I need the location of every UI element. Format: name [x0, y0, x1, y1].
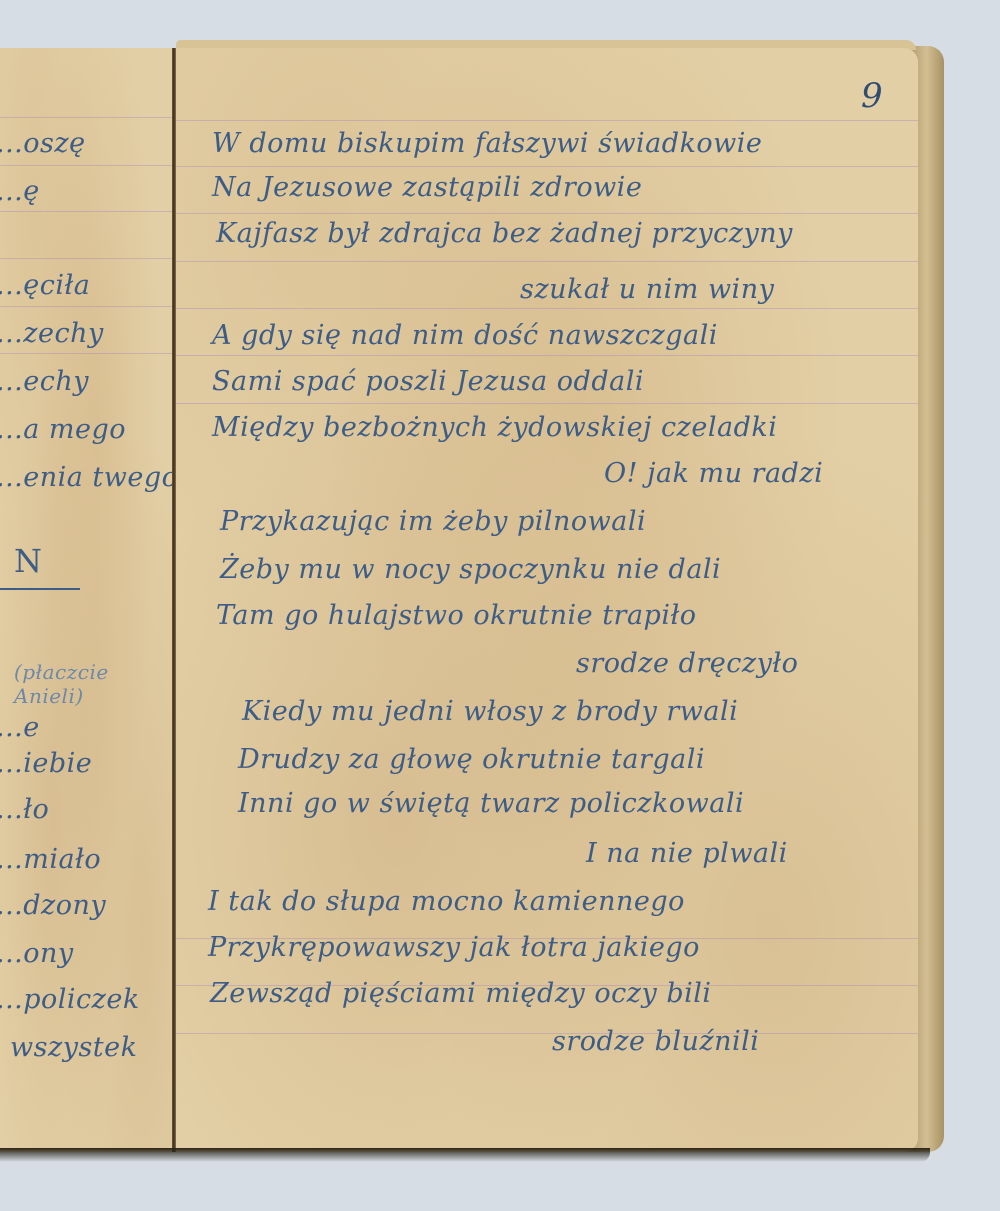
- right-page: 9 W domu biskupim fałszywi świadkowie Na…: [176, 48, 918, 1152]
- ruled-line: [0, 211, 176, 212]
- poem-line: Tam go hulajstwo okrutnie trapiło: [216, 600, 696, 631]
- poem-line: Drudzy za głowę okrutnie targali: [238, 744, 705, 775]
- poem-line: Przykrępowawszy jak łotra jakiego: [208, 932, 700, 963]
- poem-refrain: O! jak mu radzi: [604, 458, 823, 489]
- ruled-line: [0, 306, 176, 307]
- poem-line: Sami spać poszli Jezusa oddali: [212, 366, 644, 397]
- ruled-line: [176, 166, 918, 167]
- ruled-line: [176, 403, 918, 404]
- ruled-line: [176, 1033, 918, 1034]
- left-line: ...ło: [0, 794, 49, 825]
- left-line: ...iebie: [0, 748, 92, 779]
- left-line: ...ony: [0, 938, 74, 969]
- left-line: wszystek: [10, 1032, 138, 1063]
- poem-line: Przykazując im żeby pilnowali: [220, 506, 646, 537]
- left-line: ...enia twego: [0, 462, 176, 493]
- poem-refrain: srodze dręczyło: [576, 648, 798, 679]
- poem-line: Kajfasz był zdrajca bez żadnej przyczyny: [216, 218, 793, 249]
- left-line: ...miało: [0, 844, 101, 875]
- left-line: ...oszę: [0, 128, 86, 159]
- poem-line: Żeby mu w nocy spoczynku nie dali: [220, 554, 721, 585]
- poem-line: I tak do słupa mocno kamiennego: [208, 886, 685, 917]
- left-line: ...a mego: [0, 414, 126, 445]
- ruled-line: [176, 213, 918, 214]
- left-line: ...e: [0, 712, 40, 743]
- poem-line: Na Jezusowe zastąpili zdrowie: [212, 172, 642, 203]
- left-page: ...oszę ...ę ...ęciła ...zechy ...echy .…: [0, 48, 176, 1152]
- notebook-bottom-shadow: [0, 1148, 930, 1162]
- ruled-line: [0, 353, 176, 354]
- ruled-line: [0, 165, 176, 166]
- left-line: ...zechy: [0, 318, 104, 349]
- ruled-line: [176, 308, 918, 309]
- page-number: 9: [861, 76, 883, 116]
- ruled-line: [176, 355, 918, 356]
- left-line: ...dzony: [0, 890, 106, 921]
- left-annotation: (płaczcie Anieli): [14, 660, 124, 708]
- poem-refrain: srodze bluźnili: [552, 1026, 759, 1057]
- poem-line: Inni go w świętą twarz policzkowali: [238, 788, 744, 819]
- left-heading-letter: N: [14, 542, 43, 580]
- poem-refrain: I na nie plwali: [586, 838, 788, 869]
- open-notebook: ...oszę ...ę ...ęciła ...zechy ...echy .…: [0, 44, 945, 1152]
- heading-underline: [0, 588, 80, 590]
- left-line: ...ę: [0, 176, 40, 207]
- left-line: ...ęciła: [0, 270, 90, 301]
- poem-line: A gdy się nad nim dość nawszczgali: [212, 320, 718, 351]
- ruled-line: [0, 258, 176, 259]
- poem-line: Zewsząd pięściami między oczy bili: [210, 978, 712, 1009]
- poem-line: Między bezbożnych żydowskiej czeladki: [212, 412, 777, 443]
- ruled-line: [176, 120, 918, 121]
- poem-line: Kiedy mu jedni włosy z brody rwali: [242, 696, 738, 727]
- ruled-line: [176, 261, 918, 262]
- ruled-line: [0, 117, 176, 118]
- poem-refrain: szukał u nim winy: [520, 274, 774, 305]
- poem-line: W domu biskupim fałszywi świadkowie: [212, 128, 762, 159]
- left-line: ...policzek: [0, 984, 140, 1015]
- left-line: ...echy: [0, 366, 89, 397]
